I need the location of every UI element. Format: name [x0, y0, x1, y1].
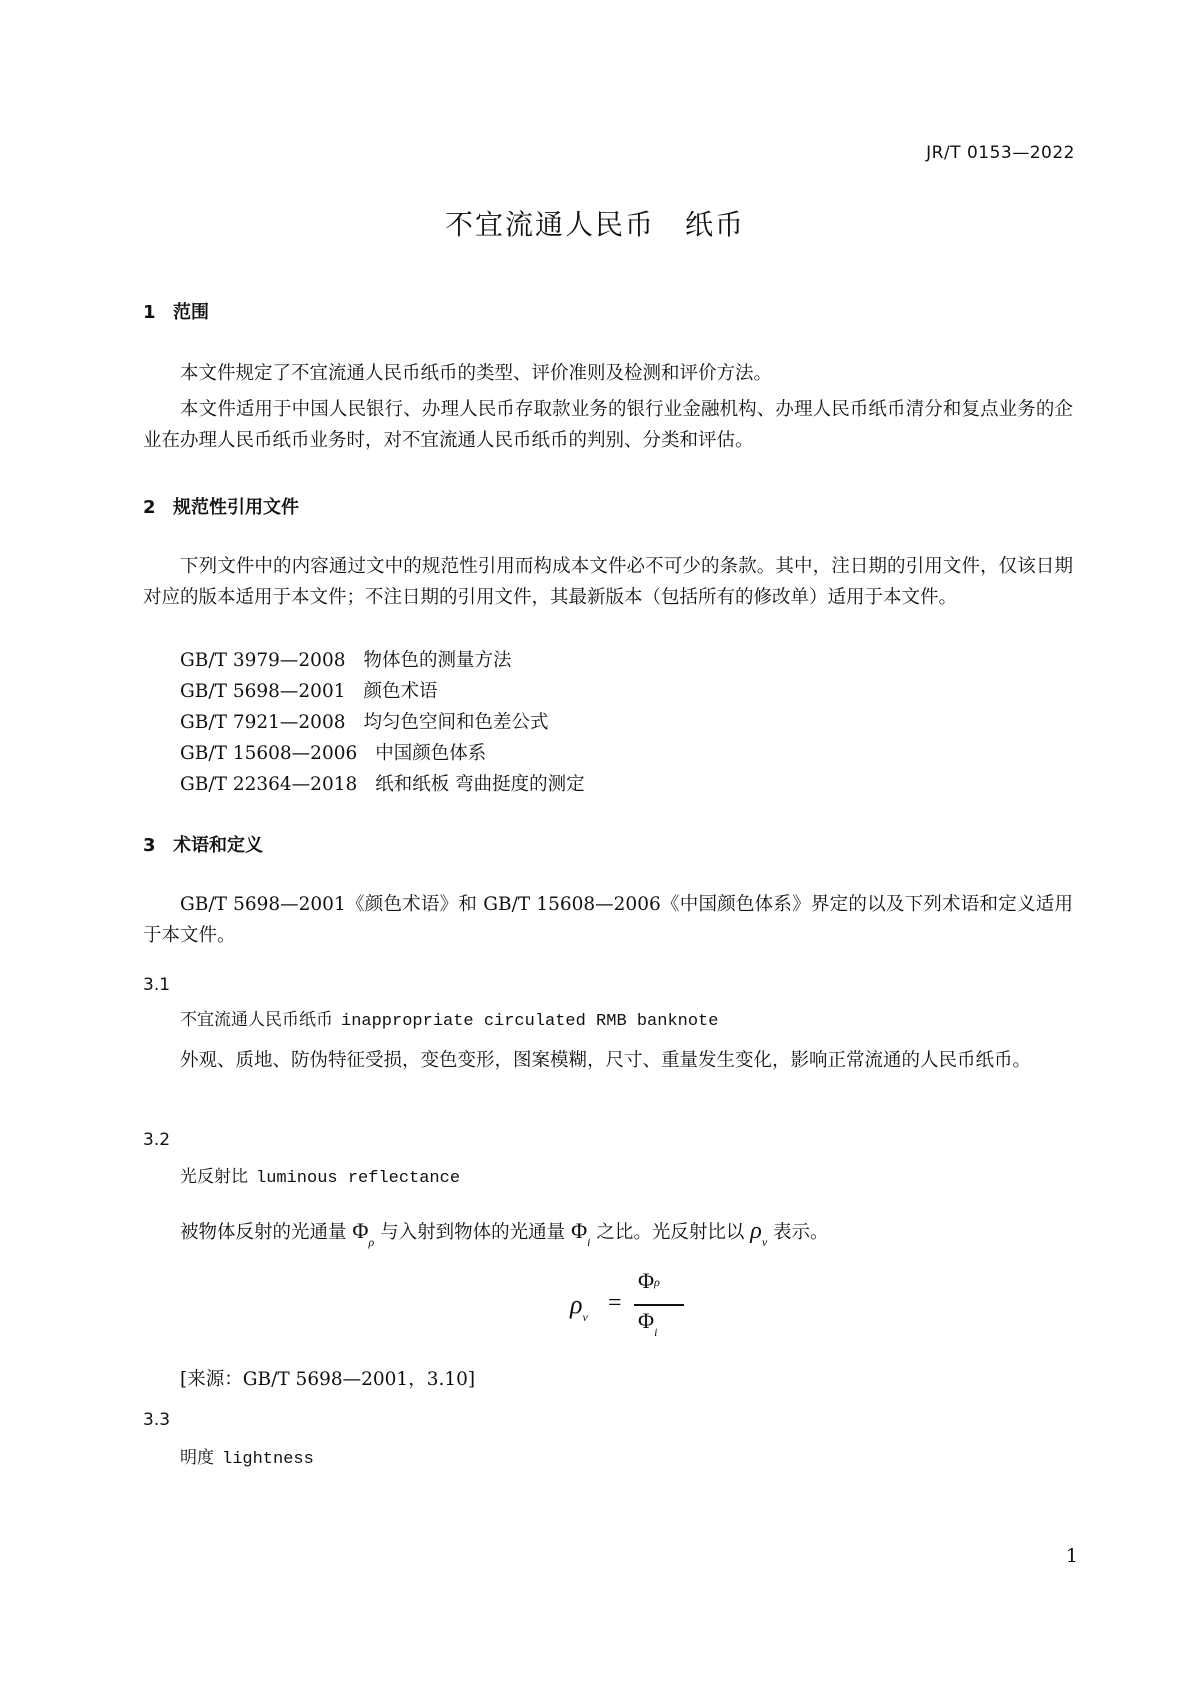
phi-symbol: Φ: [571, 1218, 587, 1243]
subscript-i: i: [587, 1235, 590, 1249]
formula-numerator: Φρ: [638, 1268, 660, 1294]
rho-symbol: ρ: [750, 1218, 762, 1244]
term-en: inappropriate circulated RMB banknote: [341, 1012, 718, 1031]
equals-sign: =: [608, 1290, 622, 1317]
subscript-rho: ρ: [369, 1235, 375, 1249]
section-heading-scope: 1范围: [143, 298, 209, 324]
reference-item: GB/T 22364—2018纸和纸板 弯曲挺度的测定: [180, 770, 585, 796]
reference-code: GB/T 15608—2006: [180, 743, 357, 764]
reference-code: GB/T 7921—2008: [180, 712, 346, 733]
term-definition: 被物体反射的光通量 Φρ 与入射到物体的光通量 Φi 之比。光反射比以 ρv 表…: [180, 1218, 829, 1245]
reference-code: GB/T 3979—2008: [180, 650, 346, 671]
term-number: 3.1: [143, 975, 170, 995]
reference-item: GB/T 3979—2008物体色的测量方法: [180, 646, 512, 672]
term-number: 3.2: [143, 1130, 170, 1150]
section-title: 术语和定义: [173, 835, 263, 856]
reference-title: 中国颜色体系: [375, 743, 486, 764]
reference-title: 纸和纸板 弯曲挺度的测定: [375, 774, 584, 795]
page-number: 1: [1066, 1545, 1078, 1567]
reference-title: 颜色术语: [364, 681, 438, 702]
reference-title: 物体色的测量方法: [364, 650, 512, 671]
term-heading: 不宜流通人民币纸币inappropriate circulated RMB ba…: [180, 1005, 718, 1031]
term-definition: 外观、质地、防伪特征受损，变色变形，图案模糊，尺寸、重量发生变化，影响正常流通的…: [143, 1045, 1073, 1076]
reference-item: GB/T 7921—2008均匀色空间和色差公式: [180, 708, 549, 734]
term-zh: 明度: [180, 1448, 214, 1468]
section-heading-terms-definitions: 3术语和定义: [143, 831, 263, 857]
formula-lhs: ρv: [570, 1290, 588, 1320]
section-number: 3: [143, 835, 173, 856]
subscript-i: i: [654, 1325, 657, 1339]
definition-text: 与入射到物体的光通量: [380, 1222, 565, 1243]
term-source: [来源：GB/T 5698—2001，3.10]: [180, 1365, 475, 1391]
definition-text: 之比。光反射比以: [596, 1222, 744, 1243]
section-number: 2: [143, 497, 173, 518]
term-zh: 光反射比: [180, 1167, 248, 1187]
subscript-rho: ρ: [654, 1275, 660, 1289]
formula-denominator: Φi: [638, 1308, 657, 1334]
section-number: 1: [143, 302, 173, 323]
section-title: 规范性引用文件: [173, 497, 299, 518]
document-code: JR/T 0153—2022: [926, 143, 1075, 163]
section-title: 范围: [173, 302, 209, 323]
phi-symbol: Φ: [638, 1308, 654, 1333]
term-en: luminous reflectance: [256, 1169, 460, 1188]
phi-symbol: Φ: [638, 1268, 654, 1293]
reflectance-formula: ρv = Φρ Φi: [570, 1268, 690, 1338]
section-heading-normative-references: 2规范性引用文件: [143, 493, 299, 519]
reference-code: GB/T 22364—2018: [180, 774, 357, 795]
definition-text: 表示。: [773, 1222, 829, 1243]
term-number: 3.3: [143, 1410, 170, 1430]
paragraph: GB/T 5698—2001《颜色术语》和 GB/T 15608—2006《中国…: [143, 889, 1073, 951]
term-heading: 明度lightness: [180, 1443, 314, 1469]
phi-symbol: Φ: [352, 1218, 368, 1243]
definition-text: 被物体反射的光通量: [180, 1222, 347, 1243]
document-title: 不宜流通人民币 纸币: [0, 203, 1190, 243]
term-heading: 光反射比luminous reflectance: [180, 1162, 460, 1188]
subscript-v: v: [762, 1235, 767, 1249]
reference-item: GB/T 15608—2006中国颜色体系: [180, 739, 486, 765]
reference-title: 均匀色空间和色差公式: [364, 712, 549, 733]
reference-code: GB/T 5698—2001: [180, 681, 346, 702]
paragraph: 本文件适用于中国人民银行、办理人民币存取款业务的银行业金融机构、办理人民币纸币清…: [143, 394, 1073, 456]
term-zh: 不宜流通人民币纸币: [180, 1010, 333, 1030]
paragraph: 下列文件中的内容通过文中的规范性引用而构成本文件必不可少的条款。其中，注日期的引…: [143, 551, 1073, 613]
term-en: lightness: [222, 1450, 314, 1469]
reference-item: GB/T 5698—2001颜色术语: [180, 677, 438, 703]
rho-symbol: ρ: [570, 1290, 582, 1319]
paragraph: 本文件规定了不宜流通人民币纸币的类型、评价准则及检测和评价方法。: [143, 358, 1073, 389]
subscript-v: v: [582, 1310, 587, 1324]
fraction-bar: [634, 1304, 684, 1306]
